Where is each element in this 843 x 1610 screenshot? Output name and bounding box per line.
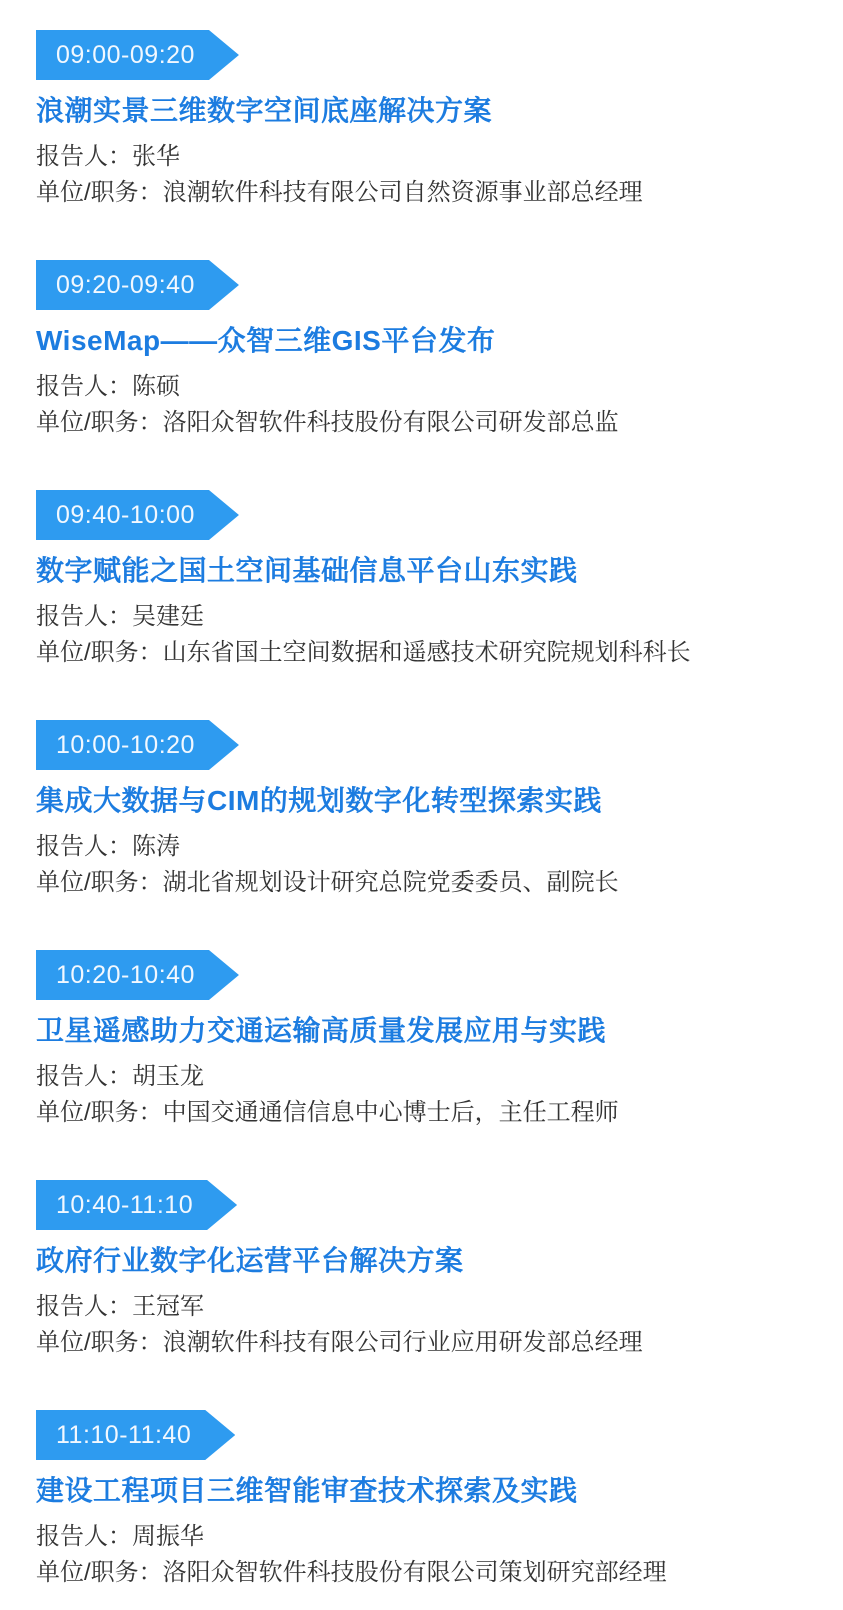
org-line: 单位/职务：浪潮软件科技有限公司行业应用研发部总经理 [36,1326,813,1360]
speaker-name: 胡玉龙 [132,1063,204,1090]
time-range: 11:10-11:40 [56,1421,191,1450]
session-item: 10:20-10:40 卫星遥感助力交通运输高质量发展应用与实践 报告人：胡玉龙… [36,950,813,1130]
org-label: 单位/职务： [36,1559,163,1586]
speaker-line: 报告人：张华 [36,140,813,174]
org-label: 单位/职务： [36,869,163,896]
speaker-name: 张华 [132,143,180,170]
org-line: 单位/职务：湖北省规划设计研究总院党委委员、副院长 [36,866,813,900]
time-badge: 10:00-10:20 [36,720,239,770]
time-range: 09:40-10:00 [56,501,195,530]
speaker-name: 周振华 [132,1523,204,1550]
speaker-label: 报告人： [36,1523,132,1550]
speaker-name: 王冠军 [132,1293,204,1320]
speaker-label: 报告人： [36,1293,132,1320]
time-range: 09:00-09:20 [56,41,195,70]
session-item: 09:20-09:40 WiseMap——众智三维GIS平台发布 报告人：陈硕 … [36,260,813,440]
speaker-name: 陈涛 [132,833,180,860]
org-label: 单位/职务： [36,1329,163,1356]
org-label: 单位/职务： [36,179,163,206]
time-badge: 10:40-11:10 [36,1180,237,1230]
speaker-name: 吴建廷 [132,603,204,630]
org-line: 单位/职务：洛阳众智软件科技股份有限公司研发部总监 [36,406,813,440]
org-value: 中国交通通信信息中心博士后，主任工程师 [163,1099,619,1126]
speaker-name: 陈硕 [132,373,180,400]
org-label: 单位/职务： [36,409,163,436]
speaker-line: 报告人：陈硕 [36,370,813,404]
session-title: 政府行业数字化运营平台解决方案 [36,1242,813,1280]
speaker-label: 报告人： [36,143,132,170]
org-line: 单位/职务：山东省国土空间数据和遥感技术研究院规划科科长 [36,636,813,670]
session-item: 10:40-11:10 政府行业数字化运营平台解决方案 报告人：王冠军 单位/职… [36,1180,813,1360]
speaker-label: 报告人： [36,833,132,860]
session-title: 数字赋能之国土空间基础信息平台山东实践 [36,552,813,590]
time-range: 10:40-11:10 [56,1191,193,1220]
speaker-line: 报告人：胡玉龙 [36,1060,813,1094]
agenda-page: 09:00-09:20 浪潮实景三维数字空间底座解决方案 报告人：张华 单位/职… [0,0,843,1610]
speaker-label: 报告人： [36,373,132,400]
speaker-line: 报告人：周振华 [36,1520,813,1554]
org-value: 山东省国土空间数据和遥感技术研究院规划科科长 [163,639,691,666]
speaker-line: 报告人：吴建廷 [36,600,813,634]
session-title: 浪潮实景三维数字空间底座解决方案 [36,92,813,130]
org-value: 湖北省规划设计研究总院党委委员、副院长 [163,869,619,896]
org-value: 洛阳众智软件科技股份有限公司策划研究部经理 [163,1559,667,1586]
time-range: 10:20-10:40 [56,961,195,990]
org-label: 单位/职务： [36,1099,163,1126]
speaker-label: 报告人： [36,603,132,630]
org-value: 浪潮软件科技有限公司自然资源事业部总经理 [163,179,643,206]
speaker-line: 报告人：王冠军 [36,1290,813,1324]
org-label: 单位/职务： [36,639,163,666]
session-item: 11:10-11:40 建设工程项目三维智能审查技术探索及实践 报告人：周振华 … [36,1410,813,1590]
session-title: WiseMap——众智三维GIS平台发布 [36,322,813,360]
time-range: 09:20-09:40 [56,271,195,300]
org-value: 浪潮软件科技有限公司行业应用研发部总经理 [163,1329,643,1356]
time-badge: 10:20-10:40 [36,950,239,1000]
session-item: 09:00-09:20 浪潮实景三维数字空间底座解决方案 报告人：张华 单位/职… [36,30,813,210]
org-line: 单位/职务：浪潮软件科技有限公司自然资源事业部总经理 [36,176,813,210]
session-item: 10:00-10:20 集成大数据与CIM的规划数字化转型探索实践 报告人：陈涛… [36,720,813,900]
org-value: 洛阳众智软件科技股份有限公司研发部总监 [163,409,619,436]
session-title: 集成大数据与CIM的规划数字化转型探索实践 [36,782,813,820]
org-line: 单位/职务：洛阳众智软件科技股份有限公司策划研究部经理 [36,1556,813,1590]
time-badge: 11:10-11:40 [36,1410,235,1460]
speaker-line: 报告人：陈涛 [36,830,813,864]
speaker-label: 报告人： [36,1063,132,1090]
org-line: 单位/职务：中国交通通信信息中心博士后，主任工程师 [36,1096,813,1130]
time-badge: 09:00-09:20 [36,30,239,80]
time-badge: 09:40-10:00 [36,490,239,540]
session-title: 建设工程项目三维智能审查技术探索及实践 [36,1472,813,1510]
time-badge: 09:20-09:40 [36,260,239,310]
time-range: 10:00-10:20 [56,731,195,760]
session-item: 09:40-10:00 数字赋能之国土空间基础信息平台山东实践 报告人：吴建廷 … [36,490,813,670]
session-title: 卫星遥感助力交通运输高质量发展应用与实践 [36,1012,813,1050]
